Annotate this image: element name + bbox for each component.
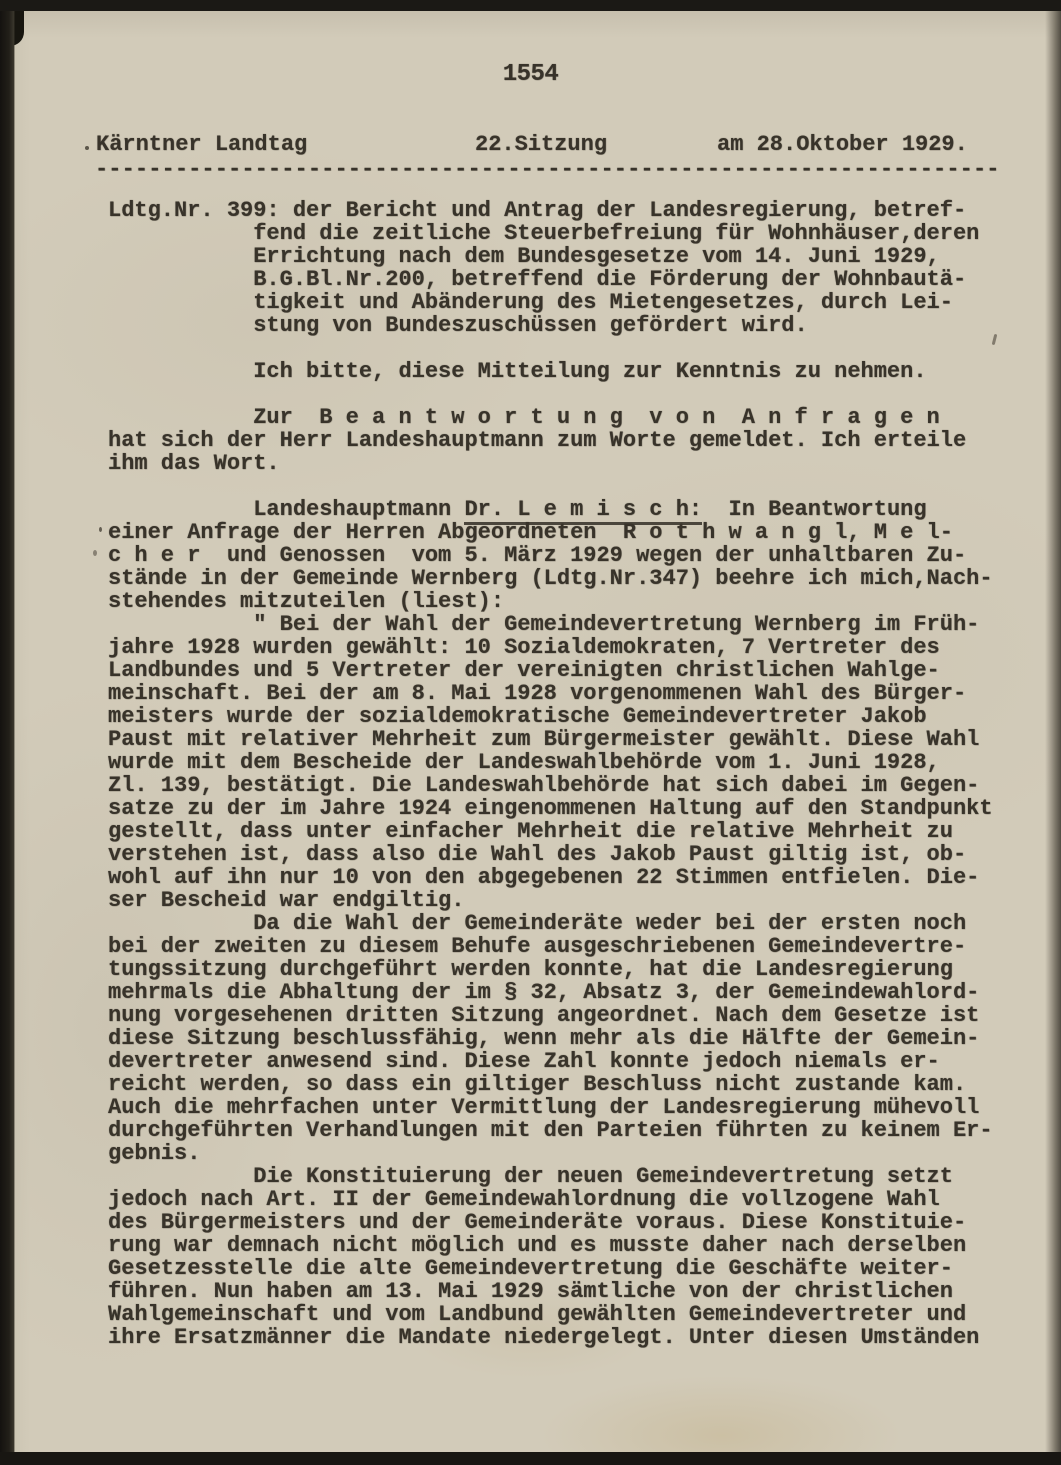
text-line — [108, 383, 993, 406]
text-line — [108, 475, 993, 498]
document-body: Ldtg.Nr. 399: der Bericht und Antrag der… — [108, 199, 993, 1349]
text-line: durchgeführten Verhandlungen mit den Par… — [108, 1119, 993, 1142]
separator-dashed-line: ----------------------------------------… — [95, 158, 1000, 181]
scan-edge-bottom — [0, 1452, 1061, 1465]
text-line: Paust mit relativer Mehrheit zum Bürgerm… — [108, 728, 993, 751]
ink-speck — [85, 146, 89, 150]
text-line: meisters wurde der sozialdemokratische G… — [108, 705, 993, 728]
header-date: am 28.Oktober 1929. — [717, 133, 968, 156]
header-institution: Kärntner Landtag — [96, 133, 307, 156]
ink-speck — [992, 334, 998, 345]
text-line: Wahlgemeinschaft und vom Landbund gewähl… — [108, 1303, 993, 1326]
text-line: Zl. 139, bestätigt. Die Landeswahlbehörd… — [108, 774, 993, 797]
text-line: stehendes mitzuteilen (liest): — [108, 590, 993, 613]
text-line: nung vorgesehenen dritten Sitzung angeor… — [108, 1004, 993, 1027]
scan-edge-top — [0, 0, 1061, 11]
text-line: rung war demnach nicht möglich und es mu… — [108, 1234, 993, 1257]
text-line: satze zu der im Jahre 1924 eingenommenen… — [108, 797, 993, 820]
text-line: wohl auf ihn nur 10 von den abgegebenen … — [108, 866, 993, 889]
scan-edge-left — [0, 0, 15, 1465]
text-line: Die Konstituierung der neuen Gemeindever… — [108, 1165, 993, 1188]
text-line — [108, 337, 993, 360]
text-line: meinschaft. Bei der am 8. Mai 1928 vorge… — [108, 682, 993, 705]
text-line: hat sich der Herr Landeshauptmann zum Wo… — [108, 429, 993, 452]
text-line: ser Bescheid war endgiltig. — [108, 889, 993, 912]
text-line: gestellt, dass unter einfacher Mehrheit … — [108, 820, 993, 843]
text-line: B.G.Bl.Nr.200, betreffend die Förderung … — [108, 268, 993, 291]
text-line: Ldtg.Nr. 399: der Bericht und Antrag der… — [108, 199, 993, 222]
text-line: diese Sitzung beschlussfähig, wenn mehr … — [108, 1027, 993, 1050]
scan-edge-right-shadow — [1045, 0, 1061, 1465]
text-line: führen. Nun haben am 13. Mai 1929 sämtli… — [108, 1280, 993, 1303]
text-line: bei der zweiten zu diesem Behufe ausgesc… — [108, 935, 993, 958]
text-line: " Bei der Wahl der Gemeindevertretung We… — [108, 613, 993, 636]
text-line: c h e r und Genossen vom 5. März 1929 we… — [108, 544, 993, 567]
text-line: fend die zeitliche Steuerbefreiung für W… — [108, 222, 993, 245]
text-line: Landeshauptmann Dr. L e m i s c h: In Be… — [108, 498, 993, 521]
text-line: Gesetzesstelle die alte Gemeindevertretu… — [108, 1257, 993, 1280]
text-line: einer Anfrage der Herren Abgeordneten R … — [108, 521, 993, 544]
text-line: des Bürgermeisters und der Gemeinderäte … — [108, 1211, 993, 1234]
text-line: tungssitzung durchgeführt werden konnte,… — [108, 958, 993, 981]
text-line: ihre Ersatzmänner die Mandate niedergele… — [108, 1326, 993, 1349]
header-session-number: 22.Sitzung — [475, 133, 607, 156]
text-line: Errichtung nach dem Bundesgesetze vom 14… — [108, 245, 993, 268]
text-line: Landbundes und 5 Vertreter der vereinigt… — [108, 659, 993, 682]
text-line: Zur B e a n t w o r t u n g v o n A n f … — [108, 406, 993, 429]
text-line: Ich bitte, diese Mitteilung zur Kenntnis… — [108, 360, 993, 383]
text-line: stände in der Gemeinde Wernberg (Ldtg.Nr… — [108, 567, 993, 590]
text-line: stung von Bundeszuschüssen gefördert wir… — [108, 314, 993, 337]
page-number: 1554 — [0, 62, 1061, 88]
text-line: ihm das Wort. — [108, 452, 993, 475]
ink-speck — [93, 550, 97, 556]
text-line: wurde mit dem Bescheide der Landeswahlbe… — [108, 751, 993, 774]
text-line: mehrmals die Abhaltung der im § 32, Absa… — [108, 981, 993, 1004]
text-line: devertreter anwesend sind. Diese Zahl ko… — [108, 1050, 993, 1073]
scanned-document-page: 1554 Kärntner Landtag 22.Sitzung am 28.O… — [0, 0, 1061, 1465]
text-line: jahre 1928 wurden gewählt: 10 Sozialdemo… — [108, 636, 993, 659]
text-line: reicht werden, so dass ein giltiger Besc… — [108, 1073, 993, 1096]
text-line: tigkeit und Abänderung des Mietengesetze… — [108, 291, 993, 314]
text-line: Da die Wahl der Gemeinderäte weder bei d… — [108, 912, 993, 935]
ink-speck — [99, 527, 102, 532]
text-line: jedoch nach Art. II der Gemeindewahlordn… — [108, 1188, 993, 1211]
text-line: gebnis. — [108, 1142, 993, 1165]
text-line: verstehen ist, dass also die Wahl des Ja… — [108, 843, 993, 866]
text-line: Auch die mehrfachen unter Vermittlung de… — [108, 1096, 993, 1119]
